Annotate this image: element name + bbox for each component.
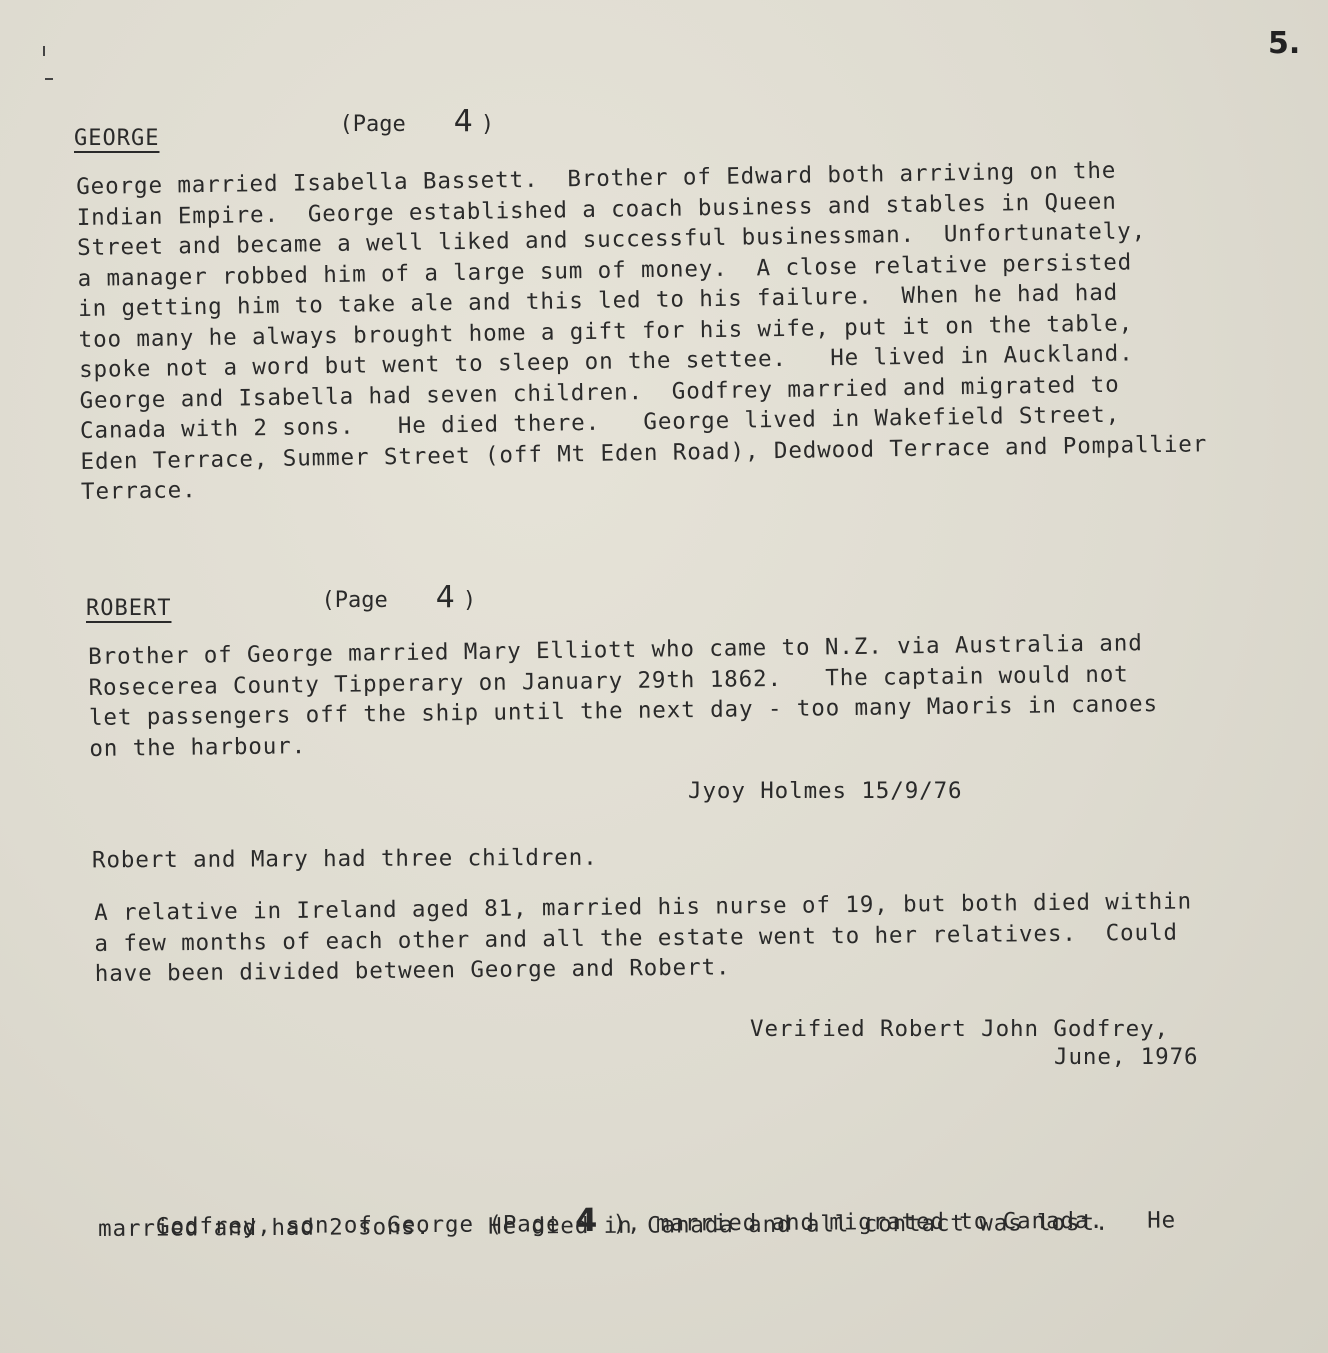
handwritten-page-number: 4 [454, 104, 473, 139]
page-ref-prefix: (Page [339, 112, 405, 137]
margin-mark [43, 46, 45, 56]
robert-heading-row: ROBERT (Page4) [86, 588, 476, 623]
section-heading-george: GEORGE [74, 126, 159, 151]
margin-mark [45, 78, 53, 80]
page-reference: (Page4) [321, 580, 476, 615]
page-ref-suffix: ) [481, 112, 494, 137]
relative-paragraph: A relative in Ireland aged 81, married h… [94, 887, 1193, 990]
section-heading-robert: ROBERT [86, 596, 171, 621]
george-heading-row: GEORGE (Page4) [74, 118, 494, 153]
attribution: Jyoy Holmes 15/9/76 [688, 778, 962, 804]
page-reference: (Page4) [339, 104, 494, 139]
george-paragraph: George married Isabella Bassett. Brother… [76, 154, 1208, 507]
verification-line-2: June, 1976 [1054, 1044, 1198, 1070]
document-page: 5. GEORGE (Page4) George married Isabell… [0, 0, 1328, 1353]
page-ref-suffix: ) [463, 588, 476, 613]
page-number: 5. [1268, 26, 1300, 61]
children-note: Robert and Mary had three children. [92, 845, 598, 874]
verification-line-1: Verified Robert John Godfrey, [750, 1016, 1169, 1042]
handwritten-page-number: 4 [436, 580, 455, 615]
robert-paragraph: Brother of George married Mary Elliott w… [88, 628, 1159, 764]
page-ref-prefix: (Page [321, 588, 387, 613]
